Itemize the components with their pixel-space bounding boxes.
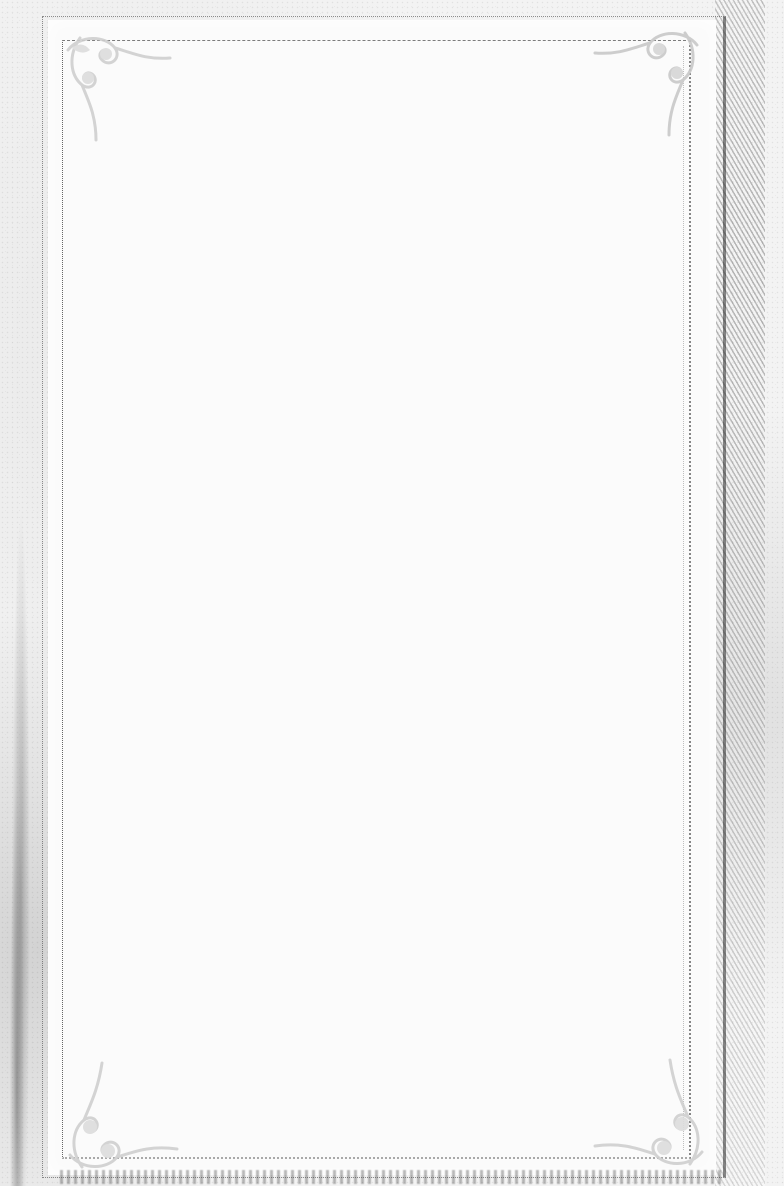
corner-flourish-bottom-left-icon [62,1055,182,1175]
corner-flourish-top-left-icon [60,30,180,150]
vintage-paper-page [0,0,784,1186]
blank-content-area [80,60,680,1140]
corner-flourish-bottom-right-icon [590,1052,710,1172]
corner-flourish-top-right-icon [585,25,705,145]
left-edge-wear [0,0,42,1186]
